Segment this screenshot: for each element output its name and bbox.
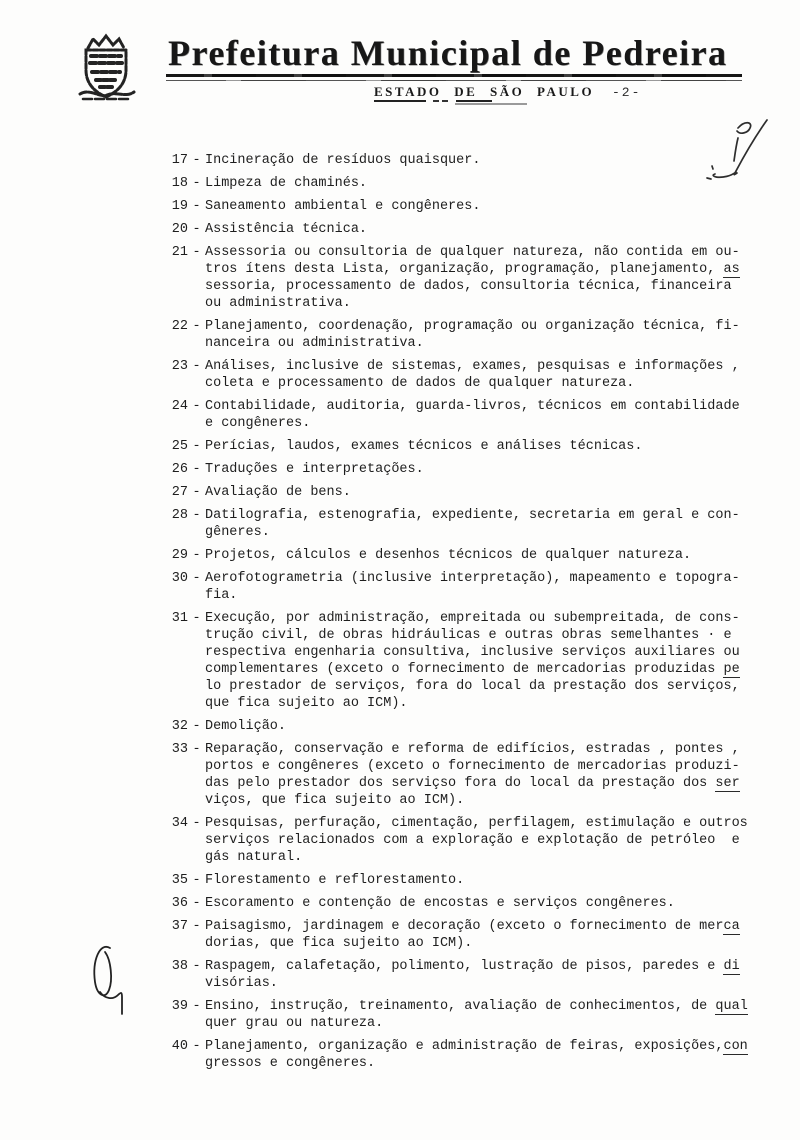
item-number: 38 <box>166 958 188 992</box>
item-number: 20 <box>166 221 188 238</box>
list-item: 38-Raspagem, calafetação, polimento, lus… <box>166 958 770 992</box>
item-dash: - <box>188 358 205 392</box>
item-dash: - <box>188 815 205 866</box>
item-text: Planejamento, organização e administraçã… <box>205 1038 770 1072</box>
item-number: 40 <box>166 1038 188 1072</box>
hyphenation-underline: ca <box>723 919 739 935</box>
list-item: 40-Planejamento, organização e administr… <box>166 1038 770 1072</box>
subtitle-underline <box>455 103 527 105</box>
item-line: que fica sujeito ao ICM). <box>205 695 770 712</box>
item-line: gás natural. <box>205 849 770 866</box>
item-text: Florestamento e reflorestamento. <box>205 872 770 889</box>
item-line: Traduções e interpretações. <box>205 461 770 478</box>
item-line: gressos e congêneres. <box>205 1055 770 1072</box>
subtitle-underline <box>433 100 451 102</box>
item-line: tros ítens desta Lista, organização, pro… <box>205 261 770 278</box>
item-line: Paisagismo, jardinagem e decoração (exce… <box>205 918 770 935</box>
item-number: 26 <box>166 461 188 478</box>
item-line: Reparação, conservação e reforma de edif… <box>205 741 770 758</box>
list-item: 36-Escoramento e contenção de encostas e… <box>166 895 770 912</box>
item-line: sessoria, processamento de dados, consul… <box>205 278 770 295</box>
item-number: 27 <box>166 484 188 501</box>
item-number: 30 <box>166 570 188 604</box>
item-dash: - <box>188 152 205 169</box>
item-dash: - <box>188 318 205 352</box>
item-line: Raspagem, calafetação, polimento, lustra… <box>205 958 770 975</box>
list-item: 28-Datilografia, estenografia, expedient… <box>166 507 770 541</box>
item-dash: - <box>188 175 205 192</box>
item-line: Incineração de resíduos quaisquer. <box>205 152 770 169</box>
item-dash: - <box>188 918 205 952</box>
list-item: 19-Saneamento ambiental e congêneres. <box>166 198 770 215</box>
item-line: respectiva engenharia consultiva, inclus… <box>205 644 770 661</box>
item-line: Análises, inclusive de sistemas, exames,… <box>205 358 770 375</box>
item-text: Projetos, cálculos e desenhos técnicos d… <box>205 547 770 564</box>
hyphenation-underline: ser <box>715 776 739 792</box>
item-number: 39 <box>166 998 188 1032</box>
item-number: 34 <box>166 815 188 866</box>
item-line: ou administrativa. <box>205 295 770 312</box>
item-dash: - <box>188 221 205 238</box>
item-text: Saneamento ambiental e congêneres. <box>205 198 770 215</box>
item-line: Assessoria ou consultoria de qualquer na… <box>205 244 770 261</box>
item-text: Aerofotogrametria (inclusive interpretaç… <box>205 570 770 604</box>
item-line: das pelo prestador dos serviçso fora do … <box>205 775 770 792</box>
item-text: Contabilidade, auditoria, guarda-livros,… <box>205 398 770 432</box>
document-page: Prefeitura Municipal de Pedreira ESTADO … <box>0 0 800 1140</box>
item-line: Aerofotogrametria (inclusive interpretaç… <box>205 570 770 587</box>
list-item: 18-Limpeza de chaminés. <box>166 175 770 192</box>
list-item: 27-Avaliação de bens. <box>166 484 770 501</box>
list-item: 33-Reparação, conservação e reforma de e… <box>166 741 770 809</box>
item-number: 24 <box>166 398 188 432</box>
title-rule-thin <box>166 80 742 81</box>
item-line: dorias, que fica sujeito ao ICM). <box>205 935 770 952</box>
list-item: 37-Paisagismo, jardinagem e decoração (e… <box>166 918 770 952</box>
item-line: fia. <box>205 587 770 604</box>
list-item: 35-Florestamento e reflorestamento. <box>166 872 770 889</box>
item-dash: - <box>188 610 205 712</box>
item-text: Demolição. <box>205 718 770 735</box>
item-line: visórias. <box>205 975 770 992</box>
item-text: Planejamento, coordenação, programação o… <box>205 318 770 352</box>
item-line: Demolição. <box>205 718 770 735</box>
item-text: Ensino, instrução, treinamento, avaliaçã… <box>205 998 770 1032</box>
item-text: Avaliação de bens. <box>205 484 770 501</box>
item-text: Perícias, laudos, exames técnicos e anál… <box>205 438 770 455</box>
list-item: 39-Ensino, instrução, treinamento, avali… <box>166 998 770 1032</box>
item-dash: - <box>188 718 205 735</box>
item-dash: - <box>188 244 205 312</box>
item-text: Reparação, conservação e reforma de edif… <box>205 741 770 809</box>
item-dash: - <box>188 570 205 604</box>
item-line: Ensino, instrução, treinamento, avaliaçã… <box>205 998 770 1015</box>
item-dash: - <box>188 547 205 564</box>
item-text: Traduções e interpretações. <box>205 461 770 478</box>
item-line: quer grau ou natureza. <box>205 1015 770 1032</box>
item-dash: - <box>188 198 205 215</box>
service-list: 17-Incineração de resíduos quaisquer.18-… <box>166 152 770 1078</box>
coat-of-arms-icon <box>74 32 140 104</box>
title-rule-thick <box>166 74 742 77</box>
subtitle-underline <box>456 100 492 102</box>
item-number: 32 <box>166 718 188 735</box>
item-text: Raspagem, calafetação, polimento, lustra… <box>205 958 770 992</box>
item-line: Escoramento e contenção de encostas e se… <box>205 895 770 912</box>
item-text: Execução, por administração, empreitada … <box>205 610 770 712</box>
item-text: Limpeza de chaminés. <box>205 175 770 192</box>
hyphenation-underline: as <box>723 262 739 278</box>
list-item: 34-Pesquisas, perfuração, cimentação, pe… <box>166 815 770 866</box>
item-text: Pesquisas, perfuração, cimentação, perfi… <box>205 815 770 866</box>
subtitle-state: ESTADO DE SÃO PAULO <box>374 84 594 100</box>
page-title: Prefeitura Municipal de Pedreira <box>168 32 748 74</box>
item-dash: - <box>188 484 205 501</box>
item-number: 35 <box>166 872 188 889</box>
item-line: portos e congêneres (exceto o fornecimen… <box>205 758 770 775</box>
item-line: Perícias, laudos, exames técnicos e anál… <box>205 438 770 455</box>
subtitle-underline <box>374 100 426 102</box>
item-line: Planejamento, organização e administraçã… <box>205 1038 770 1055</box>
item-dash: - <box>188 461 205 478</box>
item-line: Contabilidade, auditoria, guarda-livros,… <box>205 398 770 415</box>
item-text: Paisagismo, jardinagem e decoração (exce… <box>205 918 770 952</box>
item-dash: - <box>188 507 205 541</box>
item-line: gêneres. <box>205 524 770 541</box>
hyphenation-underline: qual <box>715 999 747 1015</box>
item-line: Projetos, cálculos e desenhos técnicos d… <box>205 547 770 564</box>
item-number: 19 <box>166 198 188 215</box>
item-number: 28 <box>166 507 188 541</box>
item-dash: - <box>188 1038 205 1072</box>
item-number: 21 <box>166 244 188 312</box>
list-item: 23-Análises, inclusive de sistemas, exam… <box>166 358 770 392</box>
item-line: viços, que fica sujeito ao ICM). <box>205 792 770 809</box>
page-number: -2- <box>612 85 641 100</box>
item-number: 29 <box>166 547 188 564</box>
item-line: Datilografia, estenografia, expediente, … <box>205 507 770 524</box>
item-text: Assessoria ou consultoria de qualquer na… <box>205 244 770 312</box>
item-line: trução civil, de obras hidráulicas e out… <box>205 627 770 644</box>
item-dash: - <box>188 958 205 992</box>
handwritten-initial-icon <box>80 938 142 1020</box>
item-number: 23 <box>166 358 188 392</box>
item-number: 22 <box>166 318 188 352</box>
list-item: 32-Demolição. <box>166 718 770 735</box>
item-number: 25 <box>166 438 188 455</box>
item-line: e congêneres. <box>205 415 770 432</box>
item-line: Execução, por administração, empreitada … <box>205 610 770 627</box>
item-dash: - <box>188 438 205 455</box>
list-item: 22-Planejamento, coordenação, programaçã… <box>166 318 770 352</box>
list-item: 17-Incineração de resíduos quaisquer. <box>166 152 770 169</box>
item-dash: - <box>188 998 205 1032</box>
item-text: Análises, inclusive de sistemas, exames,… <box>205 358 770 392</box>
hyphenation-underline: pe <box>723 662 739 678</box>
item-dash: - <box>188 741 205 809</box>
item-line: lo prestador de serviços, fora do local … <box>205 678 770 695</box>
item-line: Assistência técnica. <box>205 221 770 238</box>
item-line: Avaliação de bens. <box>205 484 770 501</box>
item-line: coleta e processamento de dados de qualq… <box>205 375 770 392</box>
item-number: 37 <box>166 918 188 952</box>
item-line: Pesquisas, perfuração, cimentação, perfi… <box>205 815 770 832</box>
list-item: 25-Perícias, laudos, exames técnicos e a… <box>166 438 770 455</box>
list-item: 21-Assessoria ou consultoria de qualquer… <box>166 244 770 312</box>
item-dash: - <box>188 895 205 912</box>
list-item: 29-Projetos, cálculos e desenhos técnico… <box>166 547 770 564</box>
item-text: Incineração de resíduos quaisquer. <box>205 152 770 169</box>
list-item: 31-Execução, por administração, empreita… <box>166 610 770 712</box>
list-item: 26-Traduções e interpretações. <box>166 461 770 478</box>
list-item: 30-Aerofotogrametria (inclusive interpre… <box>166 570 770 604</box>
item-line: Planejamento, coordenação, programação o… <box>205 318 770 335</box>
item-dash: - <box>188 872 205 889</box>
item-line: Saneamento ambiental e congêneres. <box>205 198 770 215</box>
list-item: 24-Contabilidade, auditoria, guarda-livr… <box>166 398 770 432</box>
item-number: 31 <box>166 610 188 712</box>
item-line: serviços relacionados com a exploração e… <box>205 832 770 849</box>
hyphenation-underline: di <box>723 959 739 975</box>
item-dash: - <box>188 398 205 432</box>
item-number: 17 <box>166 152 188 169</box>
item-number: 18 <box>166 175 188 192</box>
hyphenation-underline: con <box>723 1039 747 1055</box>
item-number: 36 <box>166 895 188 912</box>
item-text: Assistência técnica. <box>205 221 770 238</box>
item-number: 33 <box>166 741 188 809</box>
item-text: Datilografia, estenografia, expediente, … <box>205 507 770 541</box>
item-text: Escoramento e contenção de encostas e se… <box>205 895 770 912</box>
item-line: Limpeza de chaminés. <box>205 175 770 192</box>
item-line: Florestamento e reflorestamento. <box>205 872 770 889</box>
item-line: complementares (exceto o fornecimento de… <box>205 661 770 678</box>
item-line: nanceira ou administrativa. <box>205 335 770 352</box>
list-item: 20-Assistência técnica. <box>166 221 770 238</box>
